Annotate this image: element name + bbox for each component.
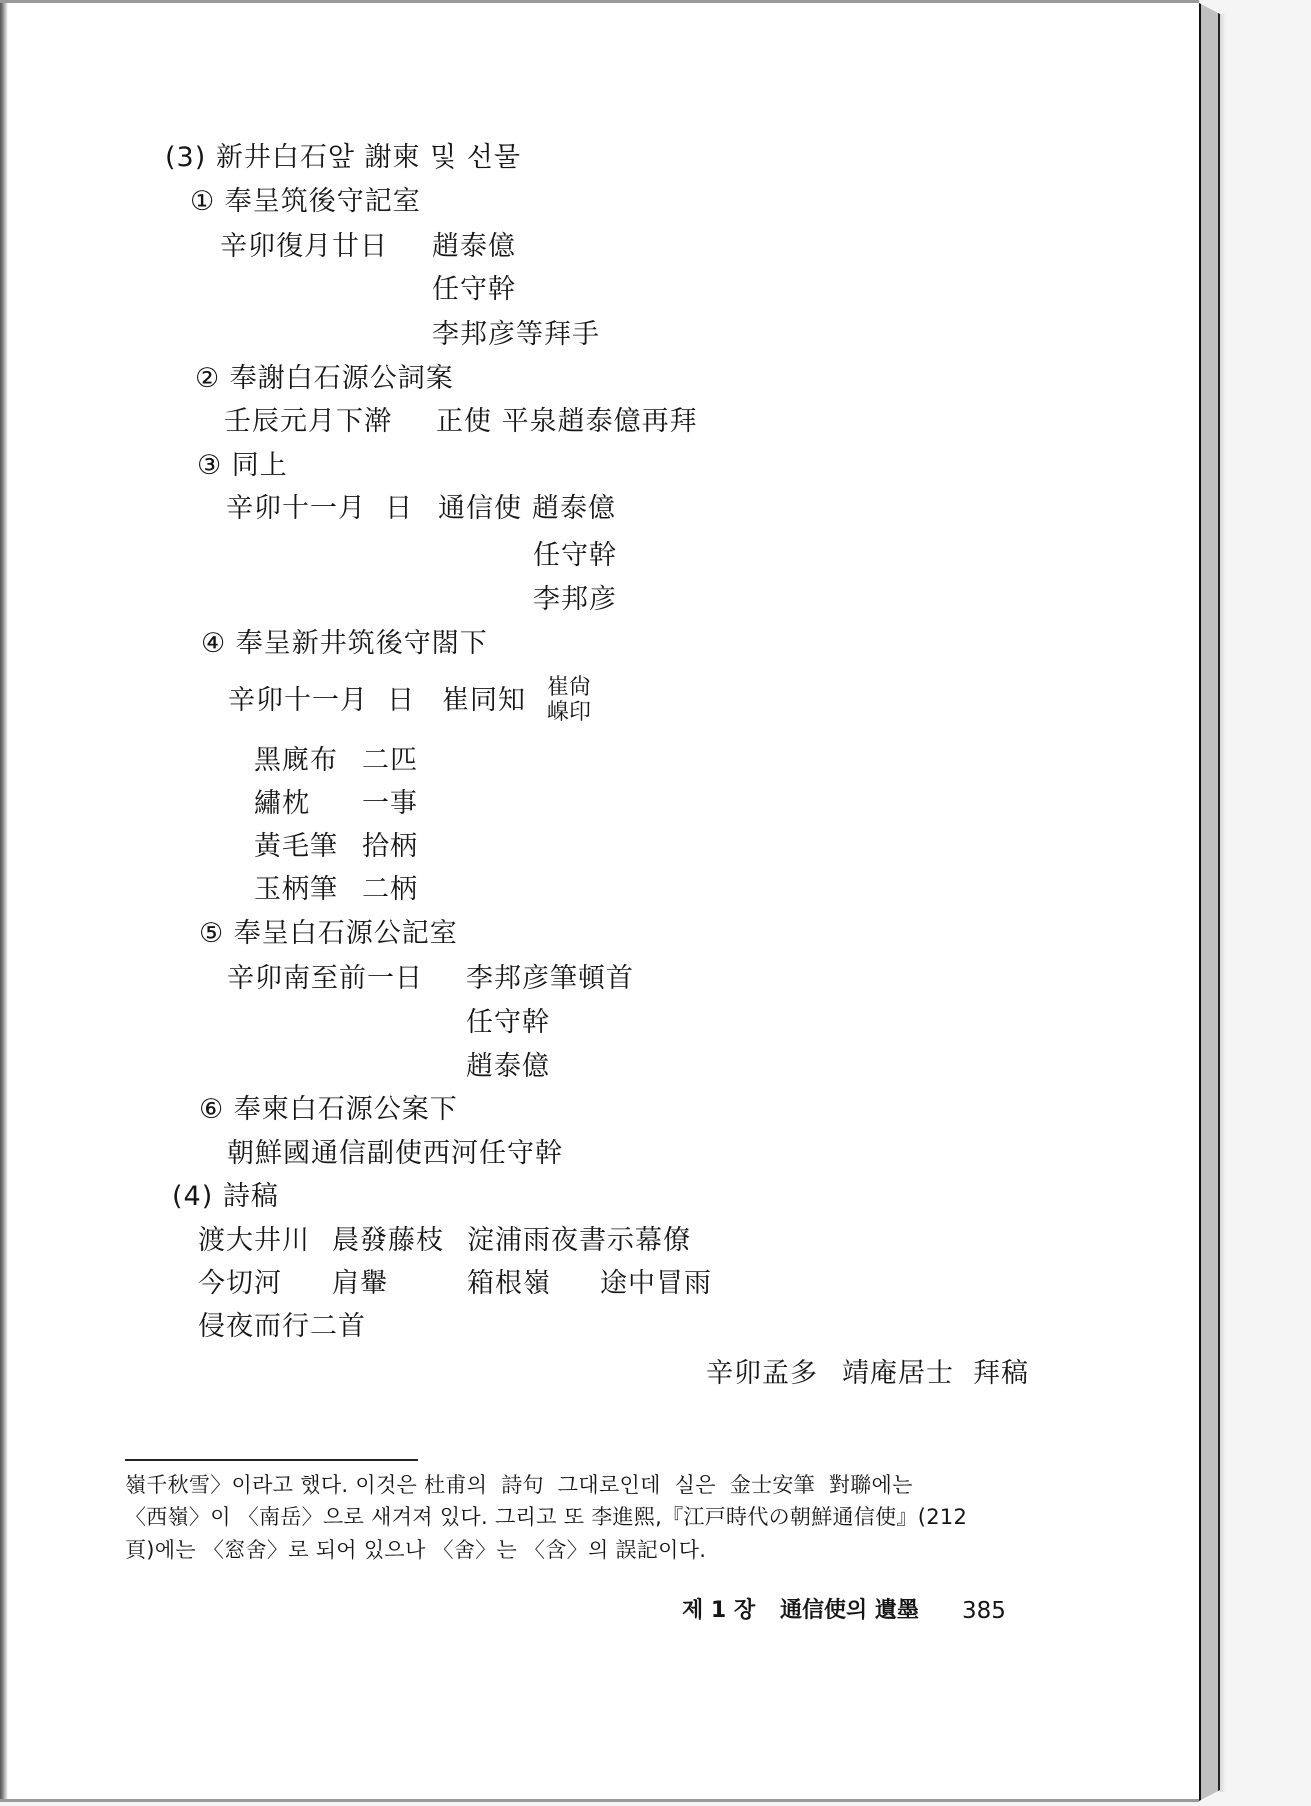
item-4-date: 辛卯十一月 日 <box>228 685 415 717</box>
section-3-heading: (3) 新井白石앞 謝柬 및 선물 <box>165 142 521 174</box>
document-page: (3) 新井白石앞 謝柬 및 선물 ① 奉呈筑後守記室 辛卯復月廿日 趙泰億 任… <box>0 0 1199 1802</box>
item-6-title: ⑥ 奉柬白石源公案下 <box>199 1094 458 1126</box>
item-1-signer: 李邦彦等拜手 <box>432 319 600 351</box>
gift-item: 黑廐布 <box>254 745 338 777</box>
section-4-heading: (4) 詩稿 <box>172 1181 279 1213</box>
poem-title: 肩轝 <box>332 1268 388 1300</box>
gift-qty: 一事 <box>362 788 418 820</box>
footnote-rule <box>125 1459 418 1461</box>
page-left-edge <box>0 3 8 1799</box>
gift-qty: 二柄 <box>362 874 418 906</box>
signature-date: 辛卯孟多 <box>706 1358 818 1390</box>
item-3-role: 通信使 <box>438 493 522 525</box>
item-1-date: 辛卯復月廿日 <box>220 231 388 263</box>
item-2-date: 壬辰元月下澣 <box>224 406 392 438</box>
item-5-title: ⑤ 奉呈白石源公記室 <box>199 918 458 950</box>
signature-name: 靖庵居士 <box>842 1358 954 1390</box>
poem-title: 途中冒雨 <box>600 1268 712 1300</box>
poem-title: 箱根嶺 <box>467 1268 551 1300</box>
item-4-seal-line: 嵲印 <box>547 701 591 725</box>
item-3-signer: 李邦彦 <box>533 584 617 616</box>
gift-item: 繡枕 <box>254 788 310 820</box>
item-1-title: ① 奉呈筑後守記室 <box>190 186 421 218</box>
page-shadow <box>1220 14 1226 1792</box>
item-5-date: 辛卯南至前一日 <box>227 963 423 995</box>
item-3-signer: 趙泰億 <box>532 493 616 525</box>
footnote-line: 嶺千秋雪〉이라고 했다. 이것은 杜甫의 詩句 그대로인데 실은 金士安筆 對聯… <box>125 1471 913 1499</box>
footnote-line: 頁)에는 〈窓舍〉로 되어 있으나 〈舍〉는 〈含〉의 誤記이다. <box>125 1536 706 1564</box>
item-1-signer: 任守幹 <box>432 274 516 306</box>
footnote-line: 〈西嶺〉이 〈南岳〉으로 새겨져 있다. 그리고 또 李進熙,『江戸時代の朝鮮通… <box>125 1503 967 1531</box>
gift-qty: 拾柄 <box>362 831 418 863</box>
poem-title: 侵夜而行二首 <box>198 1311 366 1343</box>
item-4-seal-line: 崔尙 <box>547 676 591 700</box>
page-number: 385 <box>962 1597 1006 1625</box>
chapter-label: 제 1 장 <box>682 1597 755 1625</box>
gift-item: 黃毛筆 <box>254 831 338 863</box>
poem-title: 晨發藤枝 <box>332 1225 444 1257</box>
item-3-title: ③ 同上 <box>197 450 288 482</box>
item-3-signer: 任守幹 <box>533 540 617 572</box>
poem-title: 淀浦雨夜書示幕僚 <box>467 1225 691 1257</box>
gift-qty: 二匹 <box>362 745 418 777</box>
item-1-signer: 趙泰億 <box>432 231 516 263</box>
poem-title: 今切河 <box>198 1268 282 1300</box>
item-2-title: ② 奉謝白石源公詞案 <box>195 363 454 395</box>
signature-closing: 拜稿 <box>973 1358 1029 1390</box>
poem-title: 渡大井川 <box>198 1225 310 1257</box>
chapter-title: 通信使의 遺墨 <box>780 1597 919 1625</box>
item-5-signer: 李邦彦筆頓首 <box>466 963 634 995</box>
gift-item: 玉柄筆 <box>254 874 338 906</box>
item-2-signer: 正使 平泉趙泰億再拜 <box>436 406 698 438</box>
item-5-signer: 趙泰億 <box>466 1051 550 1083</box>
item-4-title: ④ 奉呈新井筑後守閤下 <box>201 628 488 660</box>
item-6-line: 朝鮮國通信副使西河任守幹 <box>227 1138 563 1170</box>
page-side-edge <box>1199 3 1220 1801</box>
item-5-signer: 任守幹 <box>466 1007 550 1039</box>
item-3-date: 辛卯十一月 日 <box>226 493 413 525</box>
item-4-role: 崔同知 <box>442 685 526 717</box>
